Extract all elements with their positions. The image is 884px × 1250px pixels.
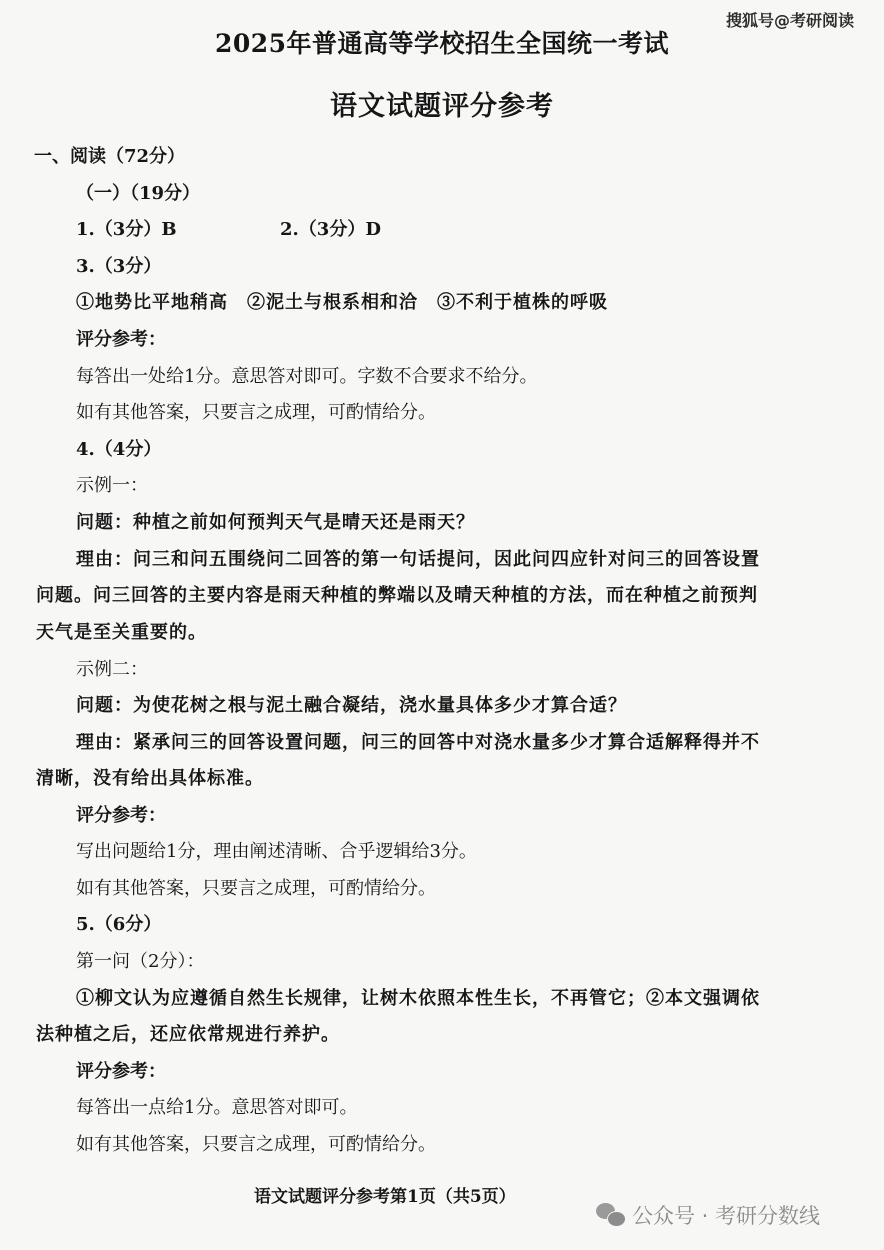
text-line: 理由：问三和问五围绕问二回答的第一句话提问，因此问四应针对问三的回答设置	[76, 548, 760, 572]
text-line: 如有其他答案，只要言之成理，可酌情给分。	[76, 1133, 436, 1157]
text-line: 1.（3分）B	[76, 218, 177, 242]
text-line: ①柳文认为应遵循自然生长规律，让树木依照本性生长，不再管它；②本文强调依	[76, 987, 760, 1011]
text-line: ①地势比平地稍高 ②泥土与根系相和洽 ③不利于植株的呼吸	[76, 291, 608, 315]
text-line: 每答出一处给1分。意思答对即可。字数不合要求不给分。	[76, 365, 537, 389]
text-line: 理由：紧承问三的回答设置问题，问三的回答中对浇水量多少才算合适解释得并不	[76, 731, 760, 755]
page-footer: 语文试题评分参考第1页（共5页）	[254, 1182, 516, 1207]
document-subtitle: 语文试题评分参考	[0, 84, 884, 123]
text-line: 问题：种植之前如何预判天气是晴天还是雨天？	[76, 511, 475, 535]
document-title: 2025年普通高等学校招生全国统一考试	[0, 24, 884, 60]
wechat-watermark-text: 公众号 · 考研分数线	[632, 1200, 820, 1230]
text-line: 法种植之后，还应依常规进行养护。	[36, 1023, 340, 1047]
text-line: 问题。问三回答的主要内容是雨天种植的弊端以及晴天种植的方法，而在种植之前预判	[36, 584, 758, 608]
text-line: 第一问（2分）：	[76, 950, 204, 974]
text-line: 清晰，没有给出具体标准。	[36, 767, 264, 791]
exam-answer-page: 搜狐号@考研阅读 2025年普通高等学校招生全国统一考试 语文试题评分参考 一、…	[0, 0, 884, 1250]
text-line: 4.（4分）	[76, 438, 161, 462]
text-line: 如有其他答案，只要言之成理，可酌情给分。	[76, 877, 436, 901]
text-line: 评分参考：	[76, 328, 166, 352]
text-line: 3.（3分）	[76, 255, 161, 279]
text-line: 天气是至关重要的。	[36, 621, 207, 645]
text-line: 评分参考：	[76, 1060, 166, 1084]
text-line: 评分参考：	[76, 804, 166, 828]
text-line: （一）（19分）	[76, 182, 200, 206]
text-line: 写出问题给1分，理由阐述清晰、合乎逻辑给3分。	[76, 840, 477, 864]
wechat-icon	[596, 1203, 626, 1227]
text-line: 示例二：	[76, 658, 148, 682]
text-line: 每答出一点给1分。意思答对即可。	[76, 1096, 357, 1120]
text-line: 如有其他答案，只要言之成理，可酌情给分。	[76, 401, 436, 425]
text-line: 问题：为使花树之根与泥土融合凝结，浇水量具体多少才算合适？	[76, 694, 627, 718]
text-line: 示例一：	[76, 474, 148, 498]
text-line: 2.（3分）D	[280, 218, 381, 242]
text-line: 一、阅读（72分）	[34, 145, 185, 169]
text-line: 5.（6分）	[76, 913, 161, 937]
wechat-watermark: 公众号 · 考研分数线	[596, 1200, 820, 1230]
